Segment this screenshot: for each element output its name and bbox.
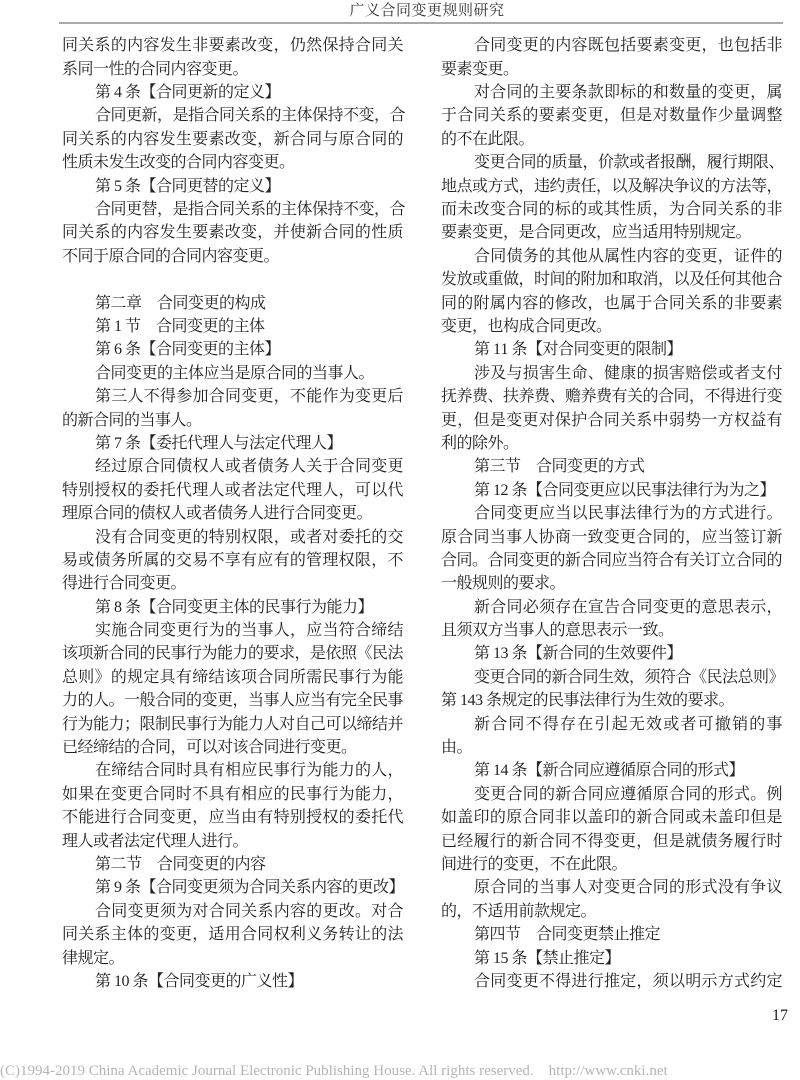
paragraph-line: 同关系主体的变更，适用合同权利义务转让的法: [62, 923, 403, 946]
paragraph-line: 合同变更须为对合同关系内容的更改。对合: [62, 900, 403, 923]
paragraph-line: 合同。合同变更的新合同应当符合有关订立合同的: [441, 549, 782, 572]
paragraph-line: 地点或方式，违约责任，以及解决争议的方法等，: [441, 175, 782, 198]
article-heading-text: 第 15 条【禁止推定】: [441, 947, 782, 970]
article-heading: 第 6 条【合同变更的主体】: [62, 338, 403, 361]
paragraph-line: 一般规则的要求。: [441, 572, 782, 595]
right-column: 合同变更的内容既包括要素变更，也包括非 要素变更。 对合同的主要条款即标的和数量…: [441, 34, 782, 993]
paragraph-line: 力的人。一般合同的变更，当事人应当有完全民事: [62, 689, 403, 712]
paragraph: 实施合同变更行为的当事人，应当符合缔结 该项新合同的民事行为能力的要求，是依照《…: [62, 619, 403, 759]
copyright-notice: (C)1994-2019 China Academic Journal Elec…: [0, 1062, 668, 1080]
paragraph-line: 行为能力；限制民事行为能力人对自己可以缔结并: [62, 713, 403, 736]
paragraph-line: 经过原合同债权人或者债务人关于合同变更: [62, 455, 403, 478]
article-heading: 第 11 条【对合同变更的限制】: [441, 338, 782, 361]
paragraph: 合同变更的内容既包括要素变更，也包括非 要素变更。: [441, 34, 782, 81]
chapter-heading: 第二章 合同变更的构成: [62, 292, 403, 315]
section-heading: 第二节 合同变更的内容: [62, 853, 403, 876]
paragraph-line: 原合同当事人协商一致变更合同的，应当签订新: [441, 526, 782, 549]
paragraph-line: 的不在此限。: [441, 128, 782, 151]
article-heading-text: 第 11 条【对合同变更的限制】: [441, 338, 782, 361]
paragraph-line: 且须双方当事人的意思表示一致。: [441, 619, 782, 642]
paragraph-line: 合同变更应当以民事法律行为的方式进行。: [441, 502, 782, 525]
paragraph-line: 特别授权的委托代理人或者法定代理人，可以代: [62, 479, 403, 502]
paragraph-line: 在缔结合同时具有相应民事行为能力的人，: [62, 759, 403, 782]
paragraph-line: 合同变更不得进行推定，须以明示方式约定: [441, 970, 782, 993]
article-heading: 第 7 条【委托代理人与法定代理人】: [62, 432, 403, 455]
paragraph: 涉及与损害生命、健康的损害赔偿或者支付 抚养费、扶养费、赡养费有关的合同，不得进…: [441, 362, 782, 456]
paragraph: 合同变更的主体应当是原合同的当事人。: [62, 362, 403, 385]
paragraph: 合同变更应当以民事法律行为的方式进行。 原合同当事人协商一致变更合同的，应当签订…: [441, 502, 782, 596]
article-heading: 第 13 条【新合同的生效要件】: [441, 642, 782, 665]
paragraph-line: 已经缔结的合同，可以对该合同进行变更。: [62, 736, 403, 759]
paragraph-line: 要素变更。: [441, 58, 782, 81]
article-heading-text: 第 4 条【合同更新的定义】: [62, 81, 403, 104]
paragraph-line: 同关系的内容发生要素改变，并使新合同的性质: [62, 221, 403, 244]
paragraph-line: 同关系的内容发生要素改变，新合同与原合同的: [62, 128, 403, 151]
article-heading-text: 第 10 条【合同变更的广义性】: [62, 970, 403, 993]
article-heading-text: 第 6 条【合同变更的主体】: [62, 338, 403, 361]
section-heading: 第四节 合同变更禁止推定: [441, 923, 782, 946]
paragraph-line: 律规定。: [62, 947, 403, 970]
paragraph-line: 利的除外。: [441, 432, 782, 455]
paragraph: 合同债务的其他从属性内容的变更，证件的 发放或重做，时间的附加和取消，以及任何其…: [441, 245, 782, 339]
paragraph-line: 新合同必须存在宣告合同变更的意思表示，: [441, 596, 782, 619]
left-column: 同关系的内容发生非要素改变，仍然保持合同关 系同一性的合同内容变更。 第 4 条…: [62, 34, 403, 993]
paragraph-line: 如盖印的原合同非以盖印的新合同或未盖印但是: [441, 806, 782, 829]
paragraph-line: 由。: [441, 736, 782, 759]
paragraph-line: 如果在变更合同时不具有相应的民事行为能力，: [62, 783, 403, 806]
article-heading: 第 10 条【合同变更的广义性】: [62, 970, 403, 993]
paragraph: 合同变更不得进行推定，须以明示方式约定: [441, 970, 782, 993]
page-number: 17: [772, 1006, 788, 1026]
article-heading: 第 8 条【合同变更主体的民事行为能力】: [62, 596, 403, 619]
paragraph: 经过原合同债权人或者债务人关于合同变更 特别授权的委托代理人或者法定代理人，可以…: [62, 455, 403, 525]
paragraph: 合同变更须为对合同关系内容的更改。对合 同关系主体的变更，适用合同权利义务转让的…: [62, 900, 403, 970]
paragraph-line: 原合同的当事人对变更合同的形式没有争议: [441, 876, 782, 899]
paragraph: 变更合同的质量，价款或者报酬，履行期限、 地点或方式，违约责任，以及解决争议的方…: [441, 151, 782, 245]
paragraph-line: 抚养费、扶养费、赡养费有关的合同，不得进行变: [441, 385, 782, 408]
paragraph-line: 于合同关系的要素变更，但是对数量作少量调整: [441, 104, 782, 127]
paragraph-line: 变更合同的新合同应遵循原合同的形式。例: [441, 783, 782, 806]
section-heading-text: 第 1 节 合同变更的主体: [62, 315, 403, 338]
running-title: 广义合同变更规则研究: [327, 2, 527, 20]
paragraph: 合同更新，是指合同关系的主体保持不变，合 同关系的内容发生要素改变，新合同与原合…: [62, 104, 403, 174]
paragraph: 同关系的内容发生非要素改变，仍然保持合同关 系同一性的合同内容变更。: [62, 34, 403, 81]
paragraph-line: 发放或重做，时间的附加和取消，以及任何其他合: [441, 268, 782, 291]
paragraph-line: 合同变更的主体应当是原合同的当事人。: [62, 362, 403, 385]
paragraph-line: 对合同的主要条款即标的和数量的变更，属: [441, 81, 782, 104]
header-rule: [59, 22, 783, 24]
article-heading-text: 第 5 条【合同更替的定义】: [62, 175, 403, 198]
article-heading-text: 第 12 条【合同变更应以民事法律行为为之】: [441, 479, 782, 502]
section-heading-text: 第四节 合同变更禁止推定: [441, 923, 782, 946]
paragraph-line: 第 143 条规定的民事法律行为生效的要求。: [441, 689, 782, 712]
article-heading: 第 4 条【合同更新的定义】: [62, 81, 403, 104]
paragraph-line: 变更，也构成合同更改。: [441, 315, 782, 338]
paragraph: 没有合同变更的特别权限，或者对委托的交 易或债务所属的交易不享有应有的管理权限，…: [62, 526, 403, 596]
paragraph-line: 没有合同变更的特别权限，或者对委托的交: [62, 526, 403, 549]
paragraph-line: 得进行合同变更。: [62, 572, 403, 595]
paragraph-line: 要素变更，是合同更改，应当适用特别规定。: [441, 221, 782, 244]
article-heading-text: 第 14 条【新合同应遵循原合同的形式】: [441, 759, 782, 782]
article-heading: 第 9 条【合同变更须为合同关系内容的更改】: [62, 876, 403, 899]
paragraph-line: 同的附属内容的修改，也属于合同关系的非要素: [441, 292, 782, 315]
paragraph-line: 第三人不得参加合同变更，不能作为变更后: [62, 385, 403, 408]
article-heading-text: 第 8 条【合同变更主体的民事行为能力】: [62, 596, 403, 619]
paragraph-line: 变更合同的新合同生效，须符合《民法总则》: [441, 666, 782, 689]
article-heading-text: 第 9 条【合同变更须为合同关系内容的更改】: [62, 876, 403, 899]
paragraph-line: 同关系的内容发生非要素改变，仍然保持合同关: [62, 34, 403, 57]
paragraph-line: 的新合同的当事人。: [62, 409, 403, 432]
paragraph-line: 总则》的规定具有缔结该项合同所需民事行为能: [62, 666, 403, 689]
blank-row: [62, 268, 403, 291]
paragraph: 第三人不得参加合同变更，不能作为变更后 的新合同的当事人。: [62, 385, 403, 432]
paragraph-line: 性质未发生改变的合同内容变更。: [62, 151, 403, 174]
paragraph: 新合同必须存在宣告合同变更的意思表示， 且须双方当事人的意思表示一致。: [441, 596, 782, 643]
paragraph-line: 变更合同的质量，价款或者报酬，履行期限、: [441, 151, 782, 174]
paragraph-line: 更，但是变更对保护合同关系中弱势一方权益有: [441, 409, 782, 432]
paragraph-line: 实施合同变更行为的当事人，应当符合缔结: [62, 619, 403, 642]
paragraph-line: 系同一性的合同内容变更。: [62, 58, 403, 81]
paragraph-line: 易或债务所属的交易不享有应有的管理权限，不: [62, 549, 403, 572]
paragraph-line: 的，不适用前款规定。: [441, 900, 782, 923]
paragraph-line: 不能进行合同变更，应当由有特别授权的委托代: [62, 806, 403, 829]
paragraph: 原合同的当事人对变更合同的形式没有争议 的，不适用前款规定。: [441, 876, 782, 923]
paragraph: 新合同不得存在引起无效或者可撤销的事 由。: [441, 713, 782, 760]
article-heading-text: 第 13 条【新合同的生效要件】: [441, 642, 782, 665]
paragraph: 对合同的主要条款即标的和数量的变更，属 于合同关系的要素变更，但是对数量作少量调…: [441, 81, 782, 151]
paragraph-line: 不同于原合同的合同内容变更。: [62, 245, 403, 268]
paragraph-line: 已经履行的新合同不得变更，但是就债务履行时: [441, 830, 782, 853]
paragraph: 变更合同的新合同生效，须符合《民法总则》 第 143 条规定的民事法律行为生效的…: [441, 666, 782, 713]
paragraph-line: 合同更新，是指合同关系的主体保持不变，合: [62, 104, 403, 127]
paragraph: 在缔结合同时具有相应民事行为能力的人， 如果在变更合同时不具有相应的民事行为能力…: [62, 759, 403, 853]
paragraph: 变更合同的新合同应遵循原合同的形式。例 如盖印的原合同非以盖印的新合同或未盖印但…: [441, 783, 782, 877]
section-heading-text: 第三节 合同变更的方式: [441, 455, 782, 478]
paragraph: 合同更替，是指合同关系的主体保持不变，合 同关系的内容发生要素改变，并使新合同的…: [62, 198, 403, 268]
section-heading-text: 第二节 合同变更的内容: [62, 853, 403, 876]
paragraph-line: 涉及与损害生命、健康的损害赔偿或者支付: [441, 362, 782, 385]
article-heading: 第 5 条【合同更替的定义】: [62, 175, 403, 198]
article-heading: 第 12 条【合同变更应以民事法律行为为之】: [441, 479, 782, 502]
paragraph-line: 合同变更的内容既包括要素变更，也包括非: [441, 34, 782, 57]
paragraph-line: 间进行的变更，不在此限。: [441, 853, 782, 876]
article-heading-text: 第 7 条【委托代理人与法定代理人】: [62, 432, 403, 455]
article-heading: 第 14 条【新合同应遵循原合同的形式】: [441, 759, 782, 782]
paragraph-line: 合同债务的其他从属性内容的变更，证件的: [441, 245, 782, 268]
article-heading: 第 15 条【禁止推定】: [441, 947, 782, 970]
paragraph-line: 新合同不得存在引起无效或者可撤销的事: [441, 713, 782, 736]
chapter-heading-text: 第二章 合同变更的构成: [62, 292, 403, 315]
paragraph-line: 合同更替，是指合同关系的主体保持不变，合: [62, 198, 403, 221]
paragraph-line: 该项新合同的民事行为能力的要求，是依照《民法: [62, 642, 403, 665]
paragraph-line: 而未改变合同的标的或其性质，为合同关系的非: [441, 198, 782, 221]
section-heading: 第三节 合同变更的方式: [441, 455, 782, 478]
paragraph-line: 理原合同的债权人或者债务人进行合同变更。: [62, 502, 403, 525]
paragraph-line: 理人或者法定代理人进行。: [62, 830, 403, 853]
section-heading: 第 1 节 合同变更的主体: [62, 315, 403, 338]
